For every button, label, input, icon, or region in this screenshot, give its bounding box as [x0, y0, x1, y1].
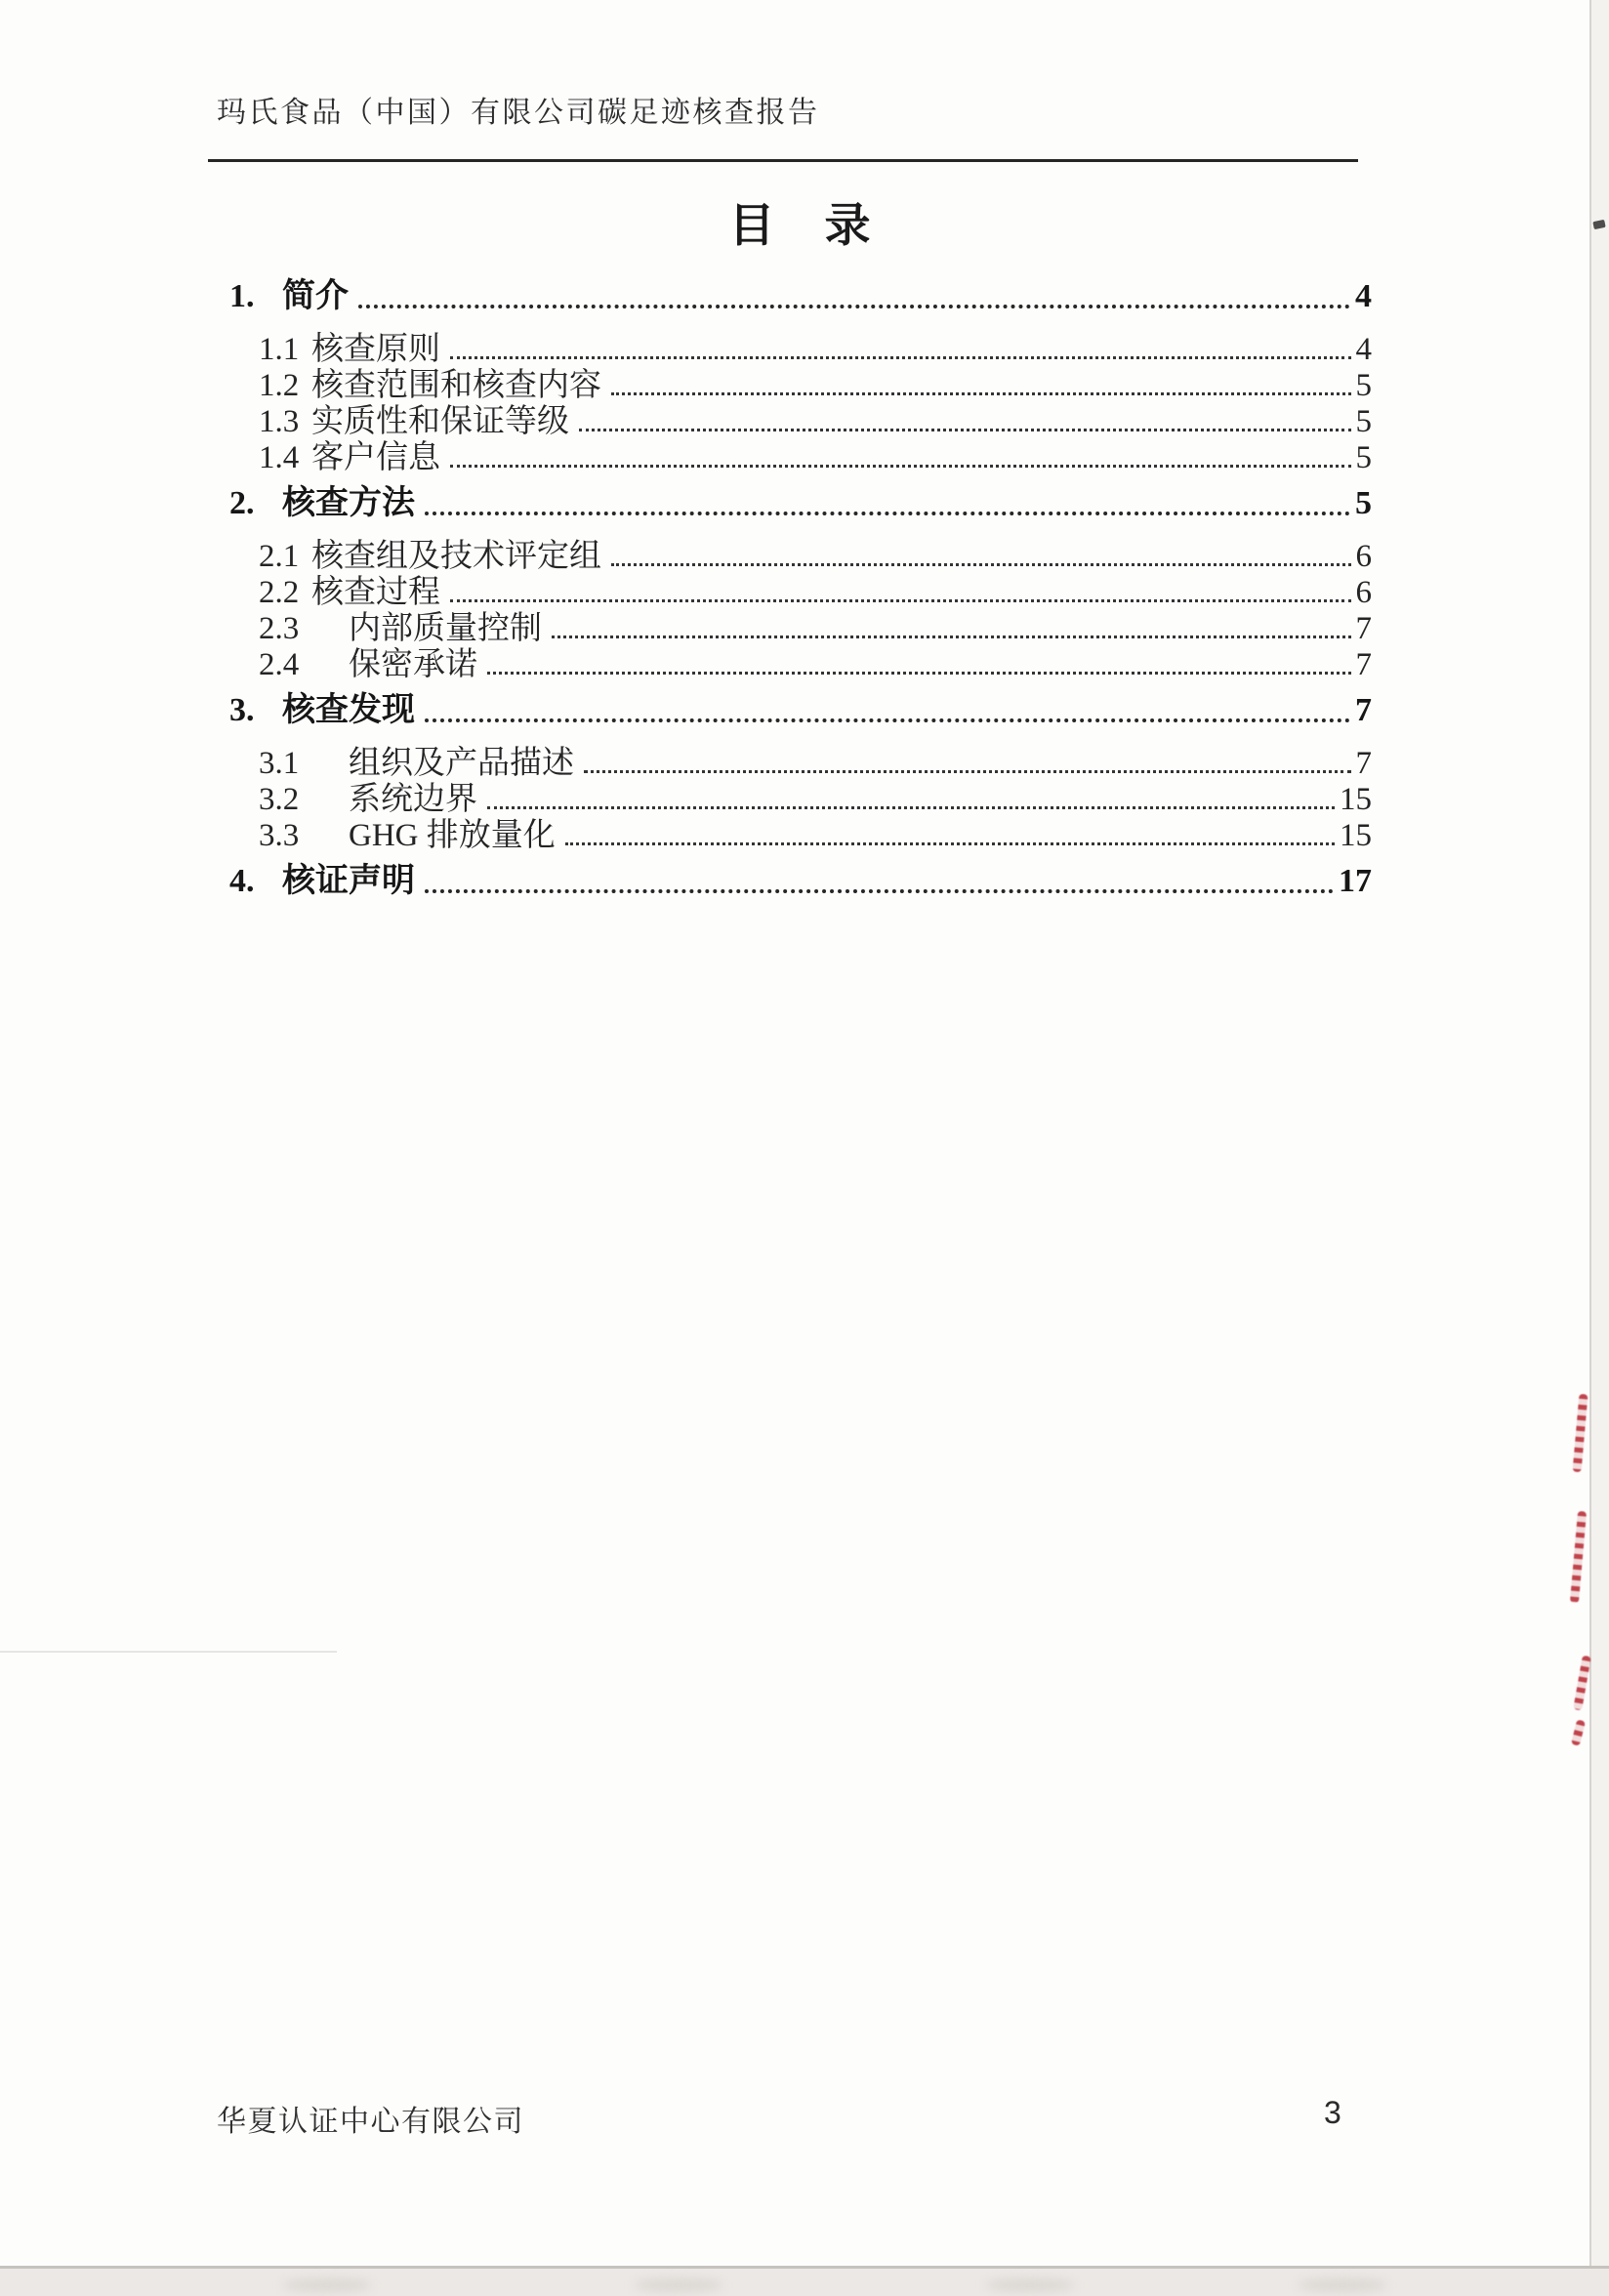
toc-entry-number: 1.	[229, 277, 282, 316]
toc-entry-page: 7	[1356, 647, 1373, 683]
toc-entry-number: 2.2	[259, 575, 302, 611]
toc-dotted-leader	[552, 635, 1351, 638]
toc-entry: 2.核查方法5	[229, 484, 1372, 523]
scan-artifact-red-mark	[1573, 1656, 1591, 1711]
toc-entry-label: 保密承诺	[349, 647, 477, 683]
toc-entry-label: 系统边界	[349, 782, 477, 818]
toc-entry-page: 5	[1356, 368, 1373, 404]
footer-company-name: 华夏认证中心有限公司	[217, 2097, 524, 2140]
toc-entry: 1.2核查范围和核查内容5	[229, 368, 1372, 404]
toc-dotted-leader	[611, 563, 1351, 566]
toc-dotted-leader	[358, 305, 1350, 308]
toc-entry-page: 5	[1356, 440, 1373, 476]
header-divider-line	[208, 159, 1358, 162]
toc-entry-label: 实质性和保证等级	[311, 404, 569, 440]
toc-entry-number: 4.	[229, 862, 282, 901]
toc-entry-page: 7	[1356, 746, 1373, 782]
toc-entry-label: GHG 排放量化	[349, 818, 556, 854]
toc-dotted-leader	[487, 672, 1351, 675]
scan-artifact-shadow	[1299, 2278, 1386, 2292]
toc-entry-number: 1.4	[259, 440, 302, 476]
toc-title: 目 录	[229, 189, 1372, 255]
toc-dotted-leader	[584, 770, 1351, 773]
toc-entry: 3.1组织及产品描述7	[229, 746, 1372, 782]
toc-entry-page: 6	[1356, 539, 1373, 575]
toc-entry: 1.简介4	[229, 277, 1372, 316]
toc-entry-number: 3.1	[259, 746, 302, 782]
toc-entry-label: 核查原则	[311, 332, 440, 368]
scan-artifact-red-mark	[1570, 1511, 1587, 1603]
scan-artifact-red-mark	[1571, 1719, 1586, 1745]
toc-entry: 1.4客户信息5	[229, 440, 1372, 476]
document-header-title: 玛氏食品（中国）有限公司碳足迹核查报告	[217, 88, 820, 131]
toc-entry-page: 5	[1355, 484, 1372, 523]
table-of-contents: 1.简介41.1核查原则41.2核查范围和核查内容51.3实质性和保证等级51.…	[229, 269, 1372, 917]
footer-page-number: 3	[1324, 2095, 1341, 2131]
toc-entry: 2.1核查组及技术评定组6	[229, 539, 1372, 575]
toc-entry-number: 3.2	[259, 782, 302, 818]
toc-entry-number: 2.4	[259, 647, 302, 683]
toc-entry-label: 核查发现	[282, 691, 415, 730]
toc-entry-page: 4	[1355, 277, 1372, 316]
scan-artifact-shadow	[283, 2278, 371, 2292]
toc-entry-number: 2.	[229, 484, 282, 523]
toc-entry: 2.3内部质量控制7	[229, 611, 1372, 647]
scan-artifact-shadow	[635, 2278, 722, 2292]
toc-entry-label: 核查组及技术评定组	[311, 539, 601, 575]
toc-entry-page: 17	[1339, 862, 1372, 901]
toc-entry: 3.核查发现7	[229, 691, 1372, 730]
toc-entry-number: 2.3	[259, 611, 302, 647]
scan-page-edge	[1589, 0, 1609, 2296]
toc-dotted-leader	[425, 512, 1350, 515]
toc-entry-number: 1.3	[259, 404, 302, 440]
toc-entry: 2.2核查过程6	[229, 575, 1372, 611]
toc-entry: 4.核证声明17	[229, 862, 1372, 901]
toc-entry: 2.4保密承诺7	[229, 647, 1372, 683]
toc-entry-label: 核证声明	[282, 862, 415, 901]
toc-dotted-leader	[425, 889, 1334, 893]
toc-entry-page: 7	[1355, 691, 1372, 730]
toc-entry-page: 6	[1356, 575, 1373, 611]
toc-entry-page: 4	[1356, 332, 1373, 368]
toc-entry-label: 内部质量控制	[349, 611, 542, 647]
toc-dotted-leader	[450, 599, 1351, 602]
toc-dotted-leader	[425, 718, 1350, 722]
toc-dotted-leader	[487, 806, 1335, 809]
toc-entry-label: 核查范围和核查内容	[311, 368, 601, 404]
toc-entry-number: 1.2	[259, 368, 302, 404]
toc-dotted-leader	[611, 392, 1351, 395]
toc-entry-label: 客户信息	[311, 440, 440, 476]
scanned-document-page: 玛氏食品（中国）有限公司碳足迹核查报告 目 录 1.简介41.1核查原则41.2…	[0, 0, 1609, 2296]
scan-artifact-shadow	[986, 2278, 1074, 2292]
toc-entry-number: 3.3	[259, 818, 302, 854]
scan-artifact-faint-line	[0, 1651, 337, 1653]
toc-dotted-leader	[579, 429, 1351, 431]
toc-dotted-leader	[450, 356, 1351, 359]
toc-entry-page: 5	[1356, 404, 1373, 440]
toc-entry-label: 核查过程	[311, 575, 440, 611]
toc-entry: 1.1核查原则4	[229, 332, 1372, 368]
toc-entry: 3.2系统边界15	[229, 782, 1372, 818]
toc-entry-page: 7	[1356, 611, 1373, 647]
toc-entry-label: 组织及产品描述	[349, 746, 574, 782]
toc-entry: 3.3GHG 排放量化15	[229, 818, 1372, 854]
scan-artifact-red-mark	[1573, 1394, 1588, 1472]
toc-dotted-leader	[450, 465, 1351, 468]
toc-entry-page: 15	[1340, 782, 1372, 818]
toc-dotted-leader	[565, 842, 1335, 845]
toc-entry-number: 3.	[229, 691, 282, 730]
toc-entry-number: 2.1	[259, 539, 302, 575]
toc-entry-number: 1.1	[259, 332, 302, 368]
toc-entry-label: 简介	[282, 277, 349, 316]
toc-entry-label: 核查方法	[282, 484, 415, 523]
toc-entry: 1.3实质性和保证等级5	[229, 404, 1372, 440]
toc-entry-page: 15	[1340, 818, 1372, 854]
